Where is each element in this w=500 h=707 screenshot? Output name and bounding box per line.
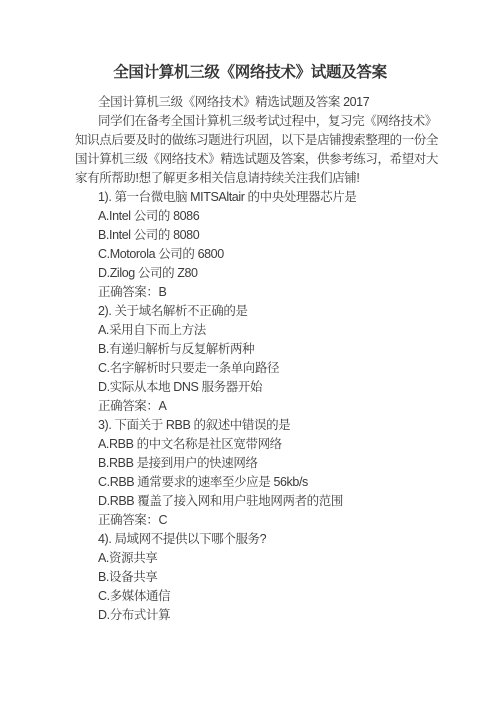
option-d: D.实际从本地 DNS 服务器开始	[75, 378, 500, 397]
option-c: C.多媒体通信	[75, 587, 500, 606]
intro-line: 知识点后要及时的做练习题进行巩固，以下是店铺搜索整理的一份全	[75, 131, 500, 150]
question-stem: 3). 下面关于 RBB 的叙述中错误的是	[75, 416, 500, 435]
option-c: C.RBB 通常要求的速率至少应是 56kb/s	[75, 473, 500, 492]
question-stem: 2). 关于域名解析不正确的是	[75, 302, 500, 321]
option-b: B.Intel 公司的 8080	[75, 226, 500, 245]
option-a: A.RBB 的中文名称是社区宽带网络	[75, 435, 500, 454]
option-b: B.RBB 是接到用户的快速网络	[75, 454, 500, 473]
option-c: C.Motorola 公司的 6800	[75, 245, 500, 264]
option-a: A.Intel 公司的 8086	[75, 207, 500, 226]
question-stem: 4). 局域网不提供以下哪个服务?	[75, 530, 500, 549]
page: { "colors": { "page_background": "#fffff…	[0, 0, 500, 707]
option-a: A.资源共享	[75, 549, 500, 568]
option-d: D.Zilog 公司的 Z80	[75, 264, 500, 283]
option-c: C.名字解析时只要走一条单向路径	[75, 359, 500, 378]
answer-line: 正确答案：C	[75, 511, 500, 530]
intro-line: 家有所帮助!想了解更多相关信息请持续关注我们店铺!	[75, 169, 500, 188]
option-d: D.分布式计算	[75, 606, 500, 625]
question-stem: 1). 第一台微电脑 MITSAltair 的中央处理器芯片是	[75, 188, 500, 207]
option-d: D.RBB 覆盖了接入网和用户驻地网两者的范围	[75, 492, 500, 511]
option-b: B.有递归解析与反复解析两种	[75, 340, 500, 359]
question-block: 3). 下面关于 RBB 的叙述中错误的是 A.RBB 的中文名称是社区宽带网络…	[75, 416, 500, 530]
intro-line: 全国计算机三级《网络技术》精选试题及答案 2017	[75, 93, 500, 112]
intro-line: 同学们在备考全国计算机三级考试过程中，复习完《网络技术》	[75, 112, 500, 131]
answer-line: 正确答案：B	[75, 283, 500, 302]
page-title: 全国计算机三级《网络技术》试题及答案	[0, 60, 500, 82]
answer-line: 正确答案：A	[75, 397, 500, 416]
question-block: 1). 第一台微电脑 MITSAltair 的中央处理器芯片是 A.Intel …	[75, 188, 500, 302]
option-b: B.设备共享	[75, 568, 500, 587]
intro-line: 国计算机三级《网络技术》精选试题及答案，供参考练习，希望对大	[75, 150, 500, 169]
question-block: 4). 局域网不提供以下哪个服务? A.资源共享 B.设备共享 C.多媒体通信 …	[75, 530, 500, 625]
document-body: 全国计算机三级《网络技术》精选试题及答案 2017 同学们在备考全国计算机三级考…	[75, 93, 500, 625]
question-block: 2). 关于域名解析不正确的是 A.采用自下而上方法 B.有递归解析与反复解析两…	[75, 302, 500, 416]
document-page: 全国计算机三级《网络技术》试题及答案 全国计算机三级《网络技术》精选试题及答案 …	[0, 0, 500, 707]
option-a: A.采用自下而上方法	[75, 321, 500, 340]
